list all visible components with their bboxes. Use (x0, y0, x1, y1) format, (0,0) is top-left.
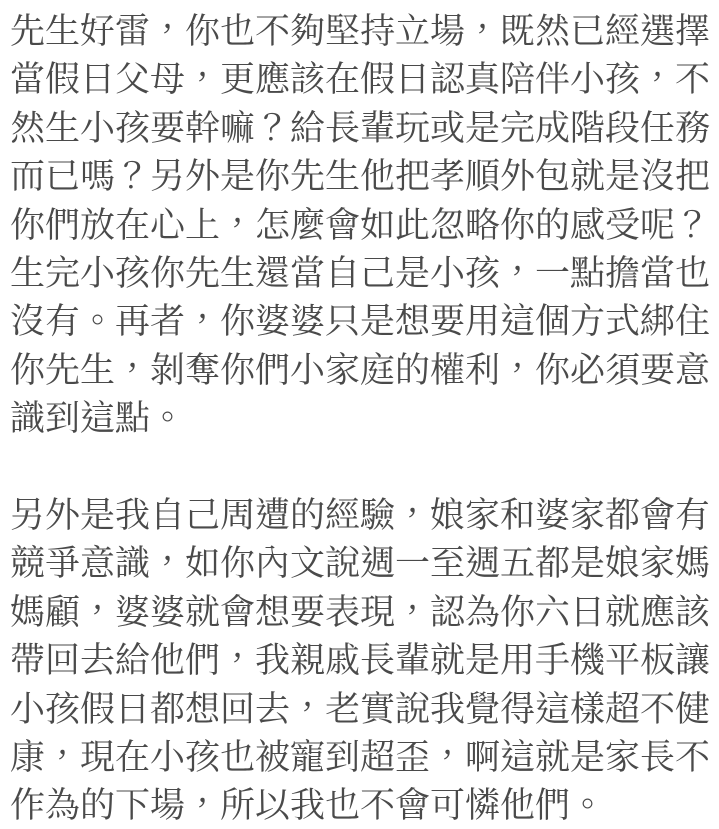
paragraph-2: 另外是我自己周遭的經驗，娘家和婆家都會有 競爭意識，如你內文說週一至週五都是娘家… (10, 492, 712, 829)
post-body: 先生好雷，你也不夠堅持立場，既然已經選擇 當假日父母，更應該在假日認真陪伴小孩，… (0, 0, 719, 829)
paragraph-1: 先生好雷，你也不夠堅持立場，既然已經選擇 當假日父母，更應該在假日認真陪伴小孩，… (10, 8, 712, 444)
